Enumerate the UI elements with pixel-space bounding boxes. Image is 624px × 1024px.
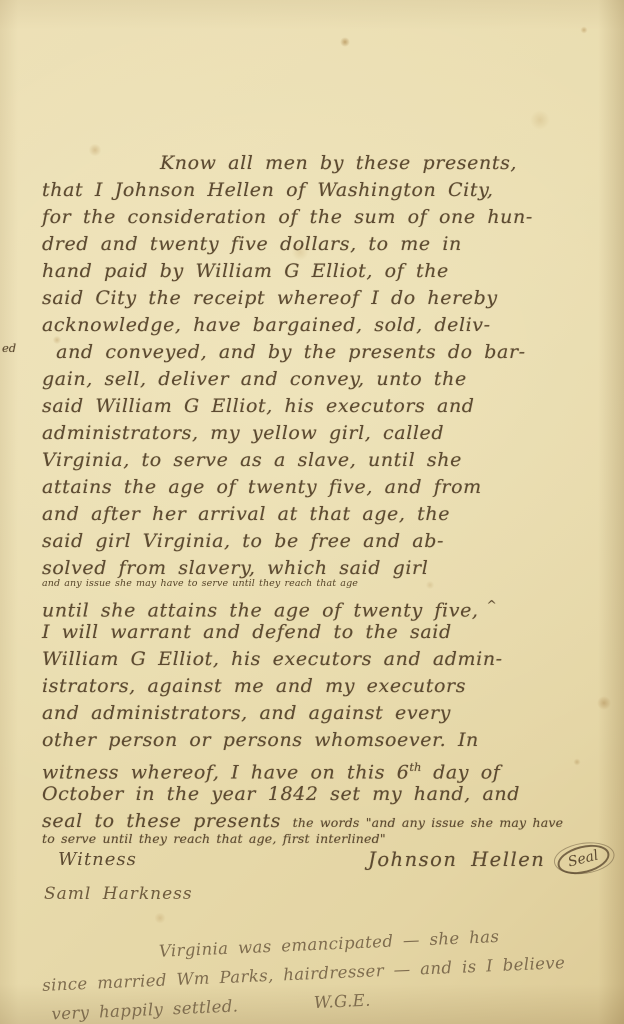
principal-signature: Johnson Hellen xyxy=(368,848,545,871)
manuscript-line: witness whereof, I have on this 6th day … xyxy=(42,754,598,781)
text-segment: hand paid by William G Elliot, of the xyxy=(42,260,449,282)
manuscript-line: William G Elliot, his executors and admi… xyxy=(42,646,598,673)
manuscript-line: said City the receipt whereof I do hereb… xyxy=(42,285,598,312)
manuscript-line: attains the age of twenty five, and from xyxy=(42,474,598,501)
manuscript-body: Know all men by these presents,that I Jo… xyxy=(0,0,624,850)
text-segment: for the consideration of the sum of one … xyxy=(42,206,533,228)
text-segment: administrators, my yellow girl, called xyxy=(42,422,444,444)
witness-signature: Saml Harkness xyxy=(44,884,193,904)
text-segment: and after her arrival at that age, the xyxy=(42,503,450,525)
text-segment: I will warrant and defend to the said xyxy=(42,621,452,643)
manuscript-line: said girl Virginia, to be free and ab- xyxy=(42,528,598,555)
text-segment: and conveyed, and by the presents do bar… xyxy=(56,341,526,363)
witness-label: Witness xyxy=(58,849,137,870)
text-segment: attains the age of twenty five, and from xyxy=(42,476,482,498)
manuscript-line: dred and twenty five dollars, to me in xyxy=(42,231,598,258)
manuscript-line: said William G Elliot, his executors and xyxy=(42,393,598,420)
inline-small-text: the words "and any issue she may have xyxy=(293,815,564,830)
manuscript-line: Virginia, to serve as a slave, until she xyxy=(42,447,598,474)
text-segment: gain, sell, deliver and convey, unto the xyxy=(42,368,467,390)
text-segment: said girl Virginia, to be free and ab- xyxy=(42,530,444,552)
text-segment: William G Elliot, his executors and admi… xyxy=(42,648,503,670)
manuscript-line: hand paid by William G Elliot, of the xyxy=(42,258,598,285)
ordinal-superscript: th xyxy=(409,760,421,774)
manuscript-line: and administrators, and against every xyxy=(42,700,598,727)
interlined-insertion-line: and any issue she may have to serve unti… xyxy=(42,579,598,591)
manuscript-line: acknowledge, have bargained, sold, deliv… xyxy=(42,312,598,339)
text-segment: acknowledge, have bargained, sold, deliv… xyxy=(42,314,491,336)
marginal-insertion: ed xyxy=(2,341,16,355)
text-segment: to serve until they reach that age, firs… xyxy=(42,831,386,846)
text-segment: October in the year 1842 set my hand, an… xyxy=(42,783,520,805)
text-segment: Know all men by these presents, xyxy=(160,152,517,174)
text-segment: solved from slavery, which said girl xyxy=(42,557,428,579)
text-segment: and administrators, and against every xyxy=(42,702,451,724)
insertion-caret: ^ xyxy=(487,598,498,612)
text-segment: said City the receipt whereof I do hereb… xyxy=(42,287,498,309)
text-segment: seal to these presents xyxy=(42,810,293,832)
text-segment: and any issue she may have to serve unti… xyxy=(42,578,358,589)
document-page: Know all men by these presents,that I Jo… xyxy=(0,0,624,1024)
manuscript-line: and after her arrival at that age, the xyxy=(42,501,598,528)
manuscript-line: for the consideration of the sum of one … xyxy=(42,204,598,231)
text-segment: other person or persons whomsoever. In xyxy=(42,729,479,751)
manuscript-line: October in the year 1842 set my hand, an… xyxy=(42,781,598,808)
manuscript-line: gain, sell, deliver and convey, unto the xyxy=(42,366,598,393)
text-segment: istrators, against me and my executors xyxy=(42,675,466,697)
seal: Seal xyxy=(555,840,613,879)
manuscript-line: edand conveyed, and by the presents do b… xyxy=(42,339,598,366)
text-segment: Virginia, to serve as a slave, until she xyxy=(42,449,462,471)
manuscript-line: that I Johnson Hellen of Washington City… xyxy=(42,177,598,204)
text-segment: that I Johnson Hellen of Washington City… xyxy=(42,179,494,201)
manuscript-line: administrators, my yellow girl, called xyxy=(42,420,598,447)
signature-row: Witness Johnson Hellen Seal xyxy=(0,846,624,873)
manuscript-line: Know all men by these presents, xyxy=(42,150,598,177)
endorsement-text: very happily settled. xyxy=(51,996,239,1023)
text-segment: dred and twenty five dollars, to me in xyxy=(42,233,462,255)
manuscript-line: until she attains the age of twenty five… xyxy=(42,592,598,619)
endorsement-initials: W.G.E. xyxy=(314,991,372,1012)
endorsement-note: Virginia was emancipated — she has since… xyxy=(28,918,601,1024)
text-segment: said William G Elliot, his executors and xyxy=(42,395,475,417)
manuscript-line: istrators, against me and my executors xyxy=(42,673,598,700)
manuscript-line: other person or persons whomsoever. In xyxy=(42,727,598,754)
manuscript-line: I will warrant and defend to the said xyxy=(42,619,598,646)
